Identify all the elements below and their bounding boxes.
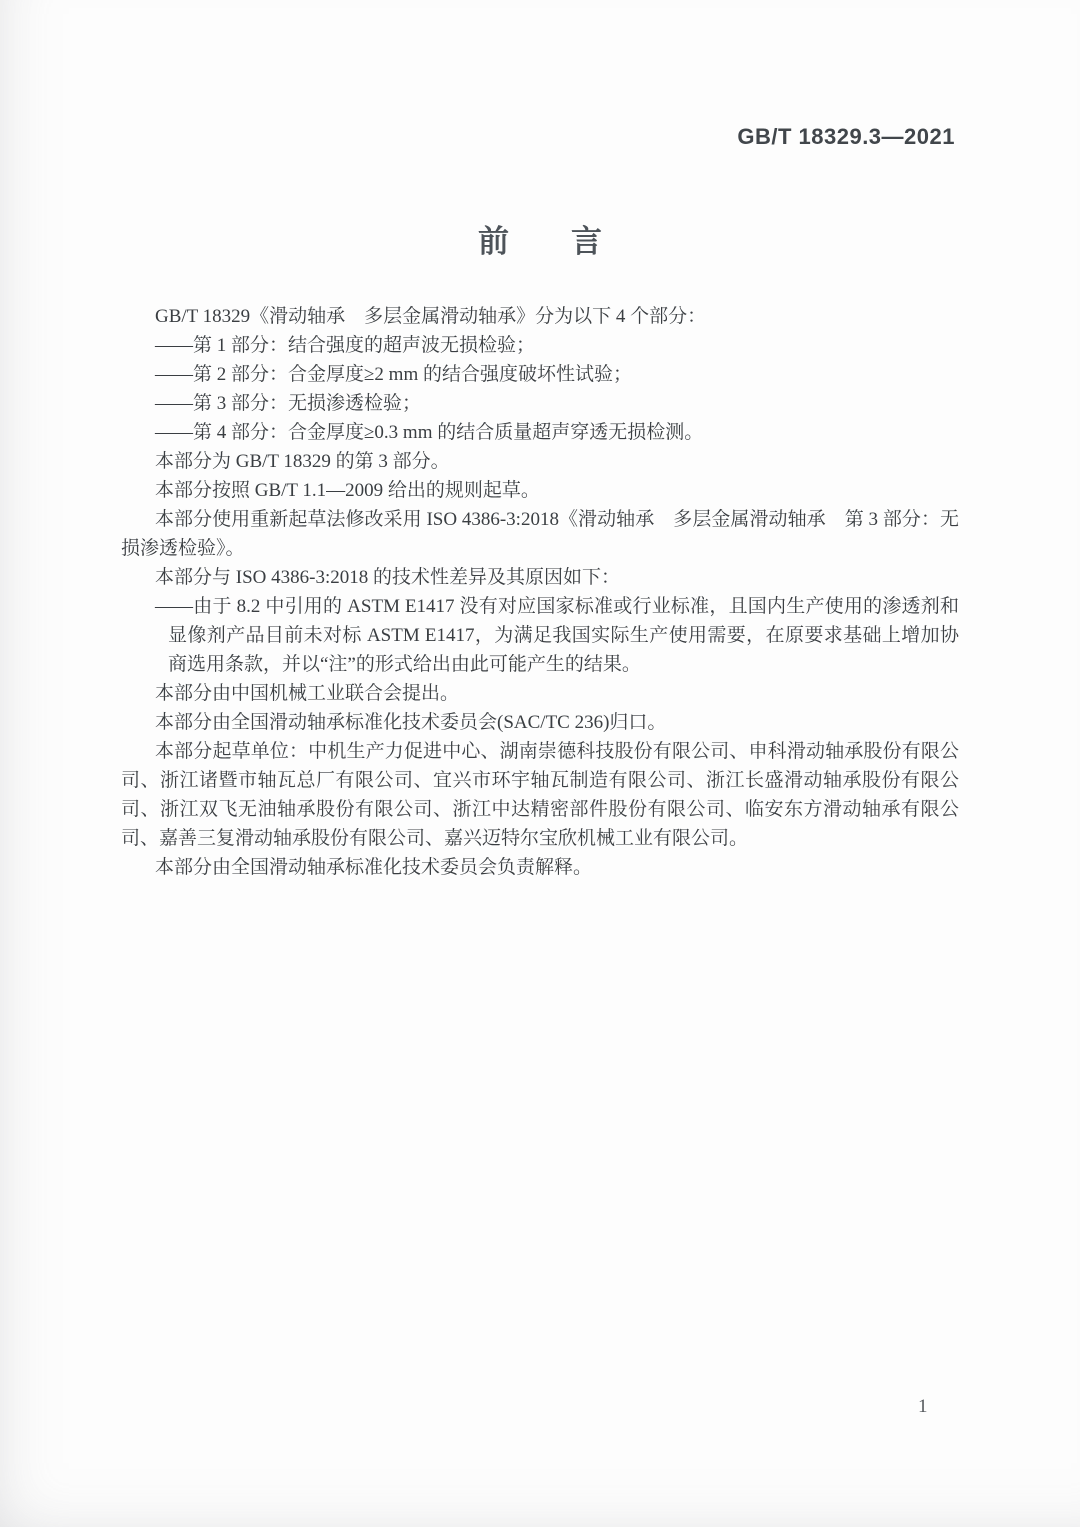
foreword-list-item: ——第 1 部分：结合强度的超声波无损检验；	[121, 331, 959, 360]
standard-number: GB/T 18329.3—2021	[737, 124, 955, 150]
foreword-list-item: ——第 3 部分：无损渗透检验；	[121, 389, 959, 418]
foreword-paragraph: 本部分与 ISO 4386-3:2018 的技术性差异及其原因如下：	[121, 563, 959, 592]
page-number: 1	[918, 1396, 928, 1418]
page-title: 前 言	[0, 216, 1080, 261]
foreword-list-item: ——由于 8.2 中引用的 ASTM E1417 没有对应国家标准或行业标准，且…	[121, 592, 959, 679]
foreword-paragraph: 本部分起草单位：中机生产力促进中心、湖南崇德科技股份有限公司、申科滑动轴承股份有…	[121, 737, 959, 853]
foreword-paragraph: 本部分按照 GB/T 1.1—2009 给出的规则起草。	[121, 476, 959, 505]
foreword-list-item: ——第 2 部分：合金厚度≥2 mm 的结合强度破坏性试验；	[121, 360, 959, 389]
foreword-paragraph: 本部分由全国滑动轴承标准化技术委员会负责解释。	[121, 853, 959, 882]
foreword-paragraph: 本部分为 GB/T 18329 的第 3 部分。	[121, 447, 959, 476]
document-page: GB/T 18329.3—2021 前 言 GB/T 18329《滑动轴承 多层…	[0, 0, 1080, 1527]
foreword-paragraph: 本部分由中国机械工业联合会提出。	[121, 679, 959, 708]
foreword-paragraph: 本部分使用重新起草法修改采用 ISO 4386-3:2018《滑动轴承 多层金属…	[121, 505, 959, 563]
foreword-paragraph: GB/T 18329《滑动轴承 多层金属滑动轴承》分为以下 4 个部分：	[121, 302, 959, 331]
foreword-paragraph: 本部分由全国滑动轴承标准化技术委员会(SAC/TC 236)归口。	[121, 708, 959, 737]
foreword-list-item: ——第 4 部分：合金厚度≥0.3 mm 的结合质量超声穿透无损检测。	[121, 418, 959, 447]
foreword-body: GB/T 18329《滑动轴承 多层金属滑动轴承》分为以下 4 个部分：——第 …	[121, 302, 959, 882]
